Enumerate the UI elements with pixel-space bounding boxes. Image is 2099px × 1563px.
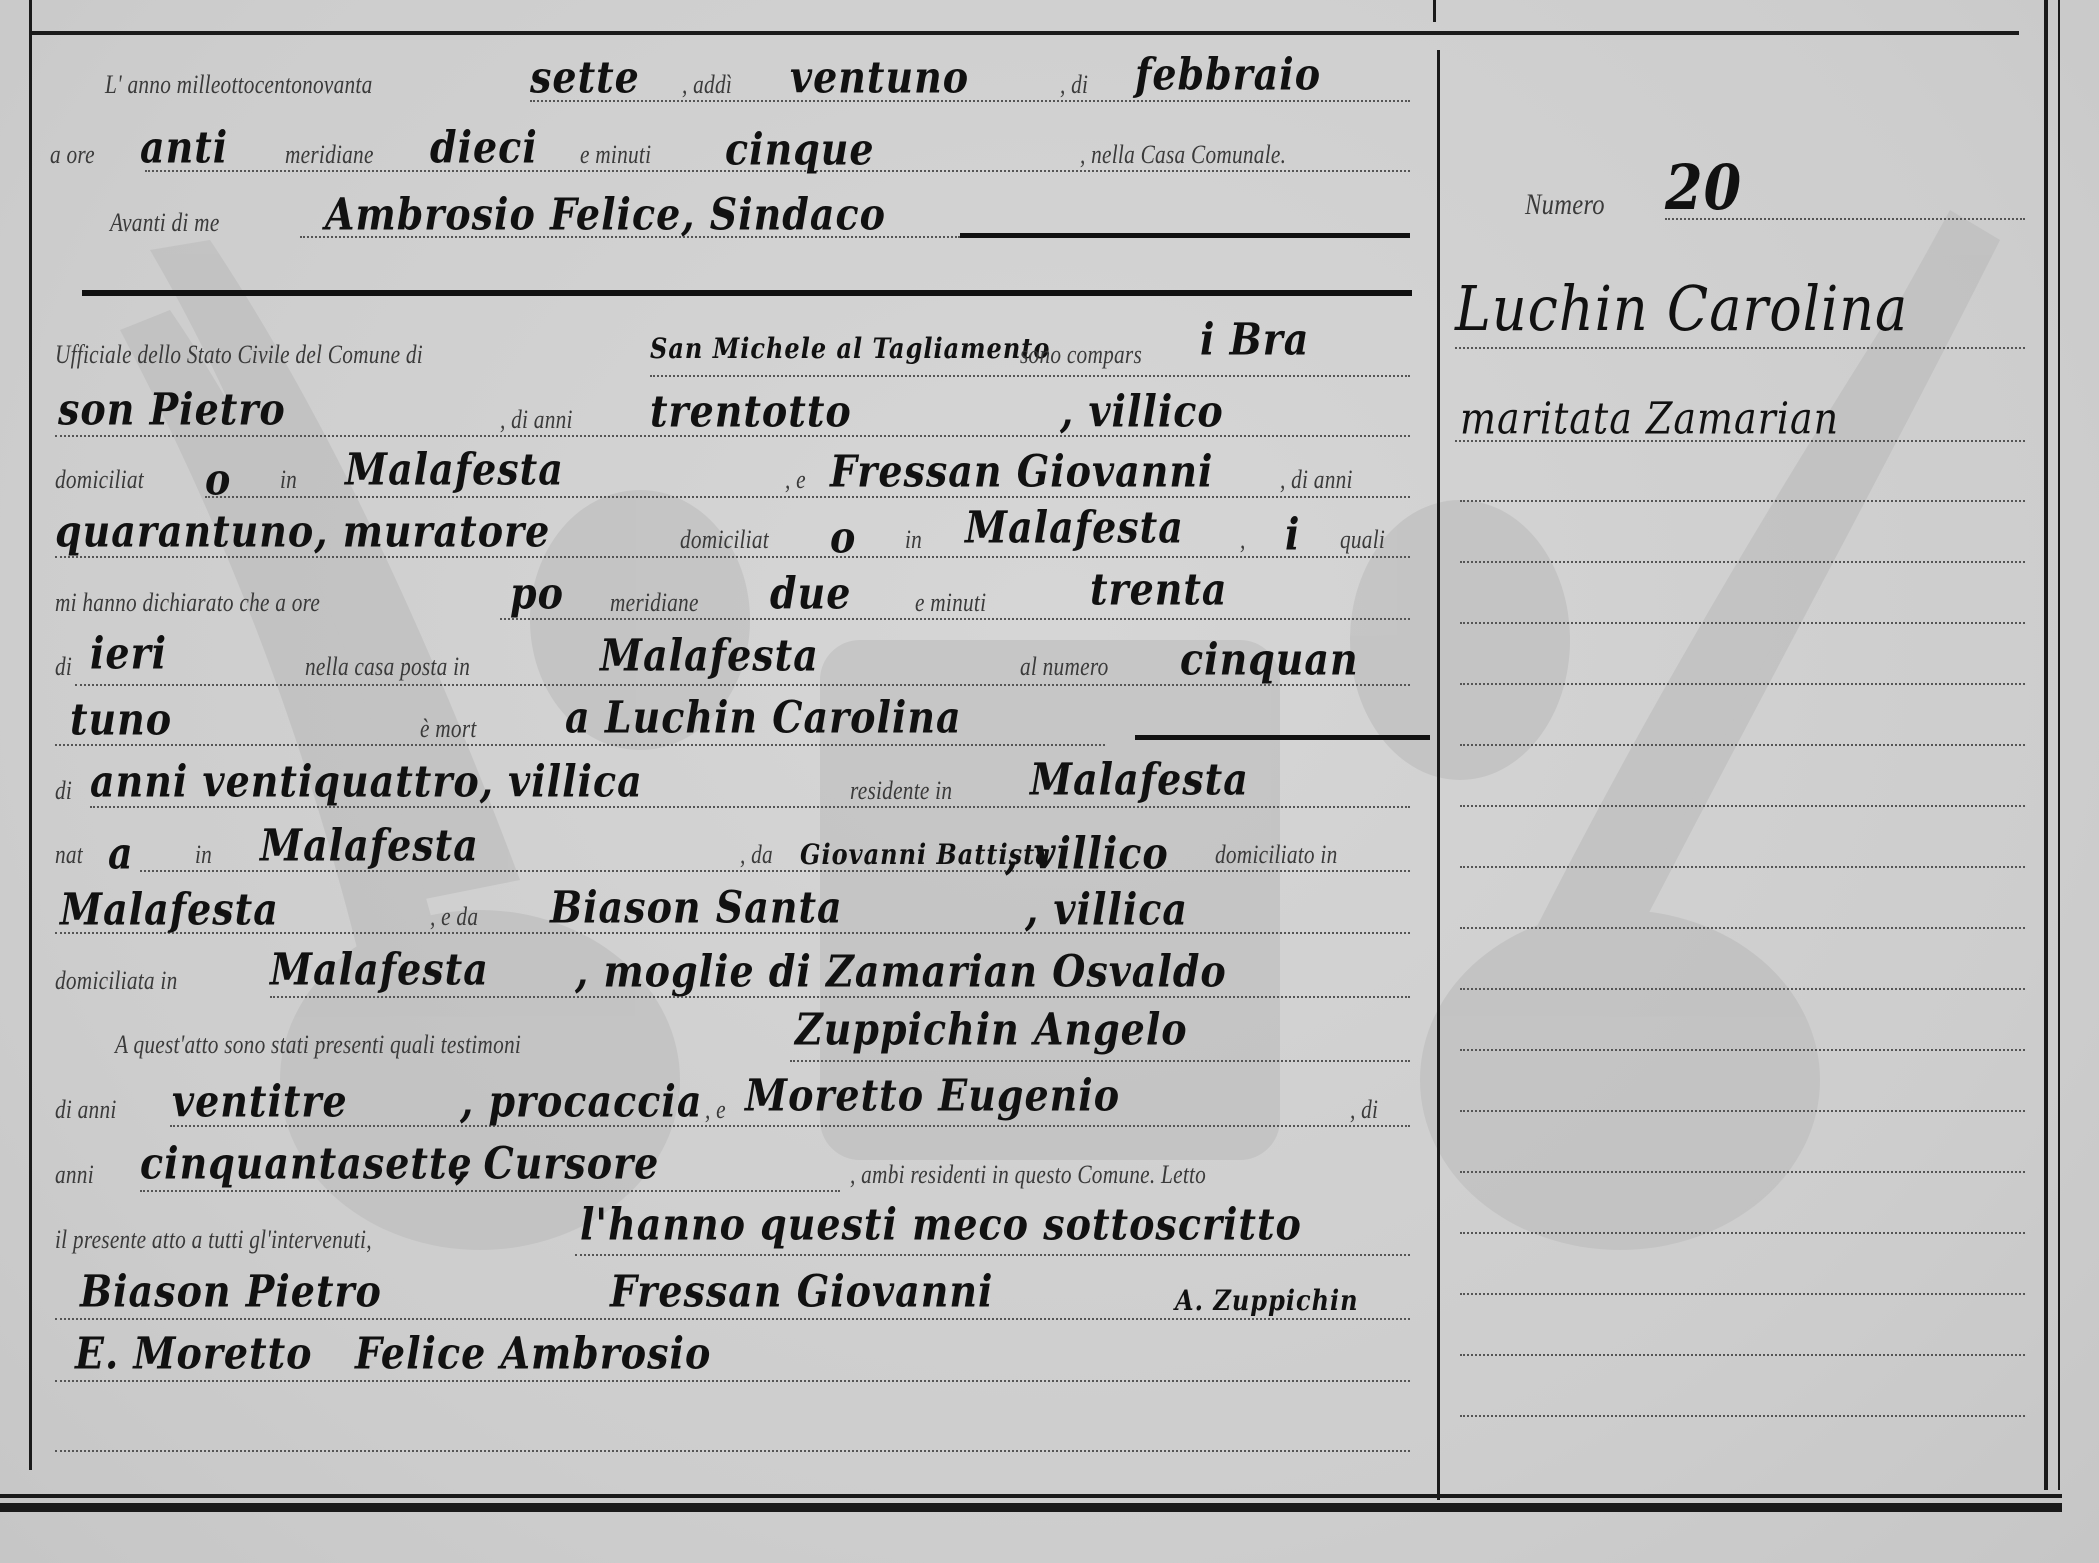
handwritten-age-occupation-2: quarantuno, muratore: [55, 505, 550, 557]
register-page: L' anno milleottocentonovanta sette , ad…: [0, 0, 2099, 1563]
printed-text: meridiane: [610, 588, 699, 618]
printed-text: , e: [705, 1095, 726, 1125]
printed-text: e minuti: [915, 588, 986, 618]
printed-text: meridiane: [285, 140, 374, 170]
dotted-line: [1460, 1354, 2025, 1356]
dotted-line: [1460, 1293, 2025, 1295]
printed-text: , ambi residenti in questo Comune. Letto: [850, 1160, 1206, 1190]
printed-text: in: [280, 465, 297, 495]
dotted-line: [575, 1254, 1410, 1256]
printed-text: , e da: [430, 902, 478, 932]
printed-text: in: [195, 840, 212, 870]
printed-text: domiciliat: [680, 525, 769, 555]
right-border: [2044, 0, 2048, 1490]
handwritten-place: Malafesta: [345, 443, 564, 495]
signature-officer: Felice Ambrosio: [355, 1327, 711, 1379]
handwritten-mother-residence: Malafesta: [270, 943, 489, 995]
handwritten-father-occupation: , villico: [1005, 827, 1169, 879]
handwritten-hour-period: po: [510, 567, 564, 619]
dotted-line: [1460, 1232, 2025, 1234]
dotted-line: [55, 1450, 1410, 1452]
left-border: [29, 0, 32, 1470]
printed-text: , addì: [682, 70, 732, 100]
handwritten-mother-occupation: , villica: [1025, 883, 1188, 935]
printed-text: e minuti: [580, 140, 651, 170]
handwritten-hour: dieci: [430, 121, 538, 173]
printed-text: al numero: [1020, 652, 1108, 682]
handwritten-age-occupation: anni ventiquattro, villica: [90, 755, 643, 807]
handwritten-text: i: [1285, 508, 1300, 560]
dotted-line: [530, 100, 1410, 102]
signature-witness-1: A. Zuppichin: [1175, 1284, 1359, 1317]
dotted-line: [790, 1060, 1410, 1062]
handwritten-spouse: , moglie di Zamarian Osvaldo: [575, 945, 1227, 997]
dotted-line: [1665, 218, 2025, 220]
signature-declarant-2: Fressan Giovanni: [610, 1265, 993, 1317]
printed-text: in: [905, 525, 922, 555]
handwritten-mother-name: Biason Santa: [550, 881, 843, 933]
dotted-line: [1455, 347, 2025, 349]
dotted-line: [1460, 744, 2025, 746]
handwritten-occupation-1: , villico: [1060, 385, 1224, 437]
printed-text: ,: [1240, 525, 1246, 555]
handwritten-witness-2-occupation: , Cursore: [455, 1137, 659, 1189]
dotted-line: [1460, 622, 2025, 624]
handwritten-deceased-name: a Luchin Carolina: [565, 691, 962, 743]
handwritten-text: o: [205, 453, 231, 505]
handwritten-place: Malafesta: [965, 501, 1184, 553]
fill-line: [960, 233, 1410, 238]
dotted-line: [55, 1318, 1410, 1320]
handwritten-house-number: cinquan: [1180, 633, 1359, 685]
bottom-rule-thick: [0, 1503, 2062, 1512]
printed-text: sono compars: [1020, 340, 1142, 370]
printed-text: residente in: [850, 776, 952, 806]
top-rule: [29, 31, 2019, 35]
column-divider-top: [1433, 0, 1436, 22]
printed-text: nella casa posta in: [305, 652, 470, 682]
printed-text: è mort: [420, 714, 477, 744]
printed-text: quali: [1340, 525, 1385, 555]
record-number-label: Numero: [1525, 188, 1605, 222]
printed-text: , di: [1060, 70, 1088, 100]
dotted-line: [1455, 440, 2025, 442]
handwritten-witness-1-age: ventitre: [172, 1075, 348, 1127]
handwritten-comune: San Michele al Tagliamento: [650, 332, 1050, 365]
dotted-line: [170, 1125, 1410, 1127]
margin-married-name: maritata Zamarian: [1460, 393, 1839, 444]
handwritten-witness-2: Moretto Eugenio: [745, 1069, 1120, 1121]
dotted-line: [1460, 500, 2025, 502]
handwritten-minutes: trenta: [1090, 563, 1228, 615]
right-border-outer: [2058, 0, 2060, 1490]
printed-text: domiciliata in: [55, 966, 177, 996]
printed-text: il presente atto a tutti gl'intervenuti,: [55, 1225, 372, 1255]
handwritten-minutes: cinque: [725, 123, 875, 175]
handwritten-declarant-1: son Pietro: [58, 383, 286, 435]
handwritten-witness-1: Zuppichin Angelo: [795, 1003, 1188, 1055]
dotted-line: [1460, 1171, 2025, 1173]
handwritten-day-ref: ieri: [90, 627, 167, 679]
dotted-line: [55, 1380, 1410, 1382]
printed-text: Avanti di me: [110, 208, 220, 238]
printed-text: , di: [1350, 1095, 1378, 1125]
handwritten-hour: due: [770, 567, 851, 619]
printed-text: domiciliato in: [1215, 840, 1337, 870]
dotted-line: [1460, 1049, 2025, 1051]
handwritten-day: ventuno: [790, 51, 969, 103]
printed-text: domiciliat: [55, 465, 144, 495]
printed-text: , da: [740, 840, 773, 870]
signature-declarant-1: Biason Pietro: [80, 1265, 382, 1317]
printed-text: mi hanno dichiarato che a ore: [55, 588, 320, 618]
printed-text: L' anno milleottocentonovanta: [105, 70, 373, 100]
printed-text: , di anni: [1280, 465, 1353, 495]
dotted-line: [1460, 866, 2025, 868]
handwritten-declarant-2: Fressan Giovanni: [830, 445, 1213, 497]
handwritten-birthplace: Malafesta: [260, 819, 479, 871]
printed-text: A quest'atto sono stati presenti quali t…: [115, 1030, 521, 1060]
printed-text: di: [55, 652, 72, 682]
printed-text: di: [55, 776, 72, 806]
dotted-line: [1460, 683, 2025, 685]
margin-deceased-name: Luchin Carolina: [1455, 273, 1908, 345]
dotted-line: [140, 1190, 840, 1192]
printed-text: a ore: [50, 140, 95, 170]
handwritten-witness-2-age: cinquantasette: [140, 1137, 473, 1189]
bottom-rule-thin: [0, 1494, 2062, 1498]
printed-text: , nella Casa Comunale.: [1080, 140, 1286, 170]
handwritten-house-number-cont: tuno: [70, 693, 172, 745]
handwritten-text: o: [830, 511, 856, 563]
handwritten-month: febbraio: [1135, 48, 1321, 100]
printed-text: di anni: [55, 1095, 117, 1125]
handwritten-age-1: trentotto: [650, 385, 852, 437]
signature-witness-2: E. Moretto: [75, 1327, 312, 1379]
dotted-line: [1460, 1415, 2025, 1417]
dotted-line: [500, 618, 1410, 620]
handwritten-hour-period: anti: [140, 121, 228, 173]
printed-text: , di anni: [500, 405, 573, 435]
dotted-line: [205, 496, 1410, 498]
handwritten-father-residence: Malafesta: [60, 883, 279, 935]
printed-text: nat: [55, 840, 83, 870]
dotted-line: [650, 375, 1410, 377]
printed-text: Ufficiale dello Stato Civile del Comune …: [55, 340, 423, 370]
handwritten-text: i Bra: [1200, 313, 1309, 365]
dotted-line: [55, 744, 1105, 746]
record-number: 20: [1665, 150, 1742, 224]
fill-line: [1135, 735, 1430, 740]
column-divider: [1437, 50, 1440, 1500]
handwritten-year: sette: [530, 51, 640, 103]
handwritten-officer: Ambrosio Felice, Sindaco: [325, 188, 886, 240]
handwritten-witness-1-occupation: , procaccia: [460, 1075, 703, 1127]
printed-text: anni: [55, 1160, 94, 1190]
handwritten-closing: l'hanno questi meco sottoscritto: [580, 1198, 1302, 1250]
dotted-line: [1460, 988, 2025, 990]
dotted-line: [1460, 1110, 2025, 1112]
dotted-line: [1460, 561, 2025, 563]
section-separator: [82, 290, 1412, 296]
dotted-line: [1460, 805, 2025, 807]
handwritten-residence: Malafesta: [1030, 753, 1249, 805]
handwritten-place: Malafesta: [600, 629, 819, 681]
dotted-line: [1460, 927, 2025, 929]
printed-text: , e: [785, 465, 806, 495]
handwritten-text: a: [108, 827, 134, 879]
